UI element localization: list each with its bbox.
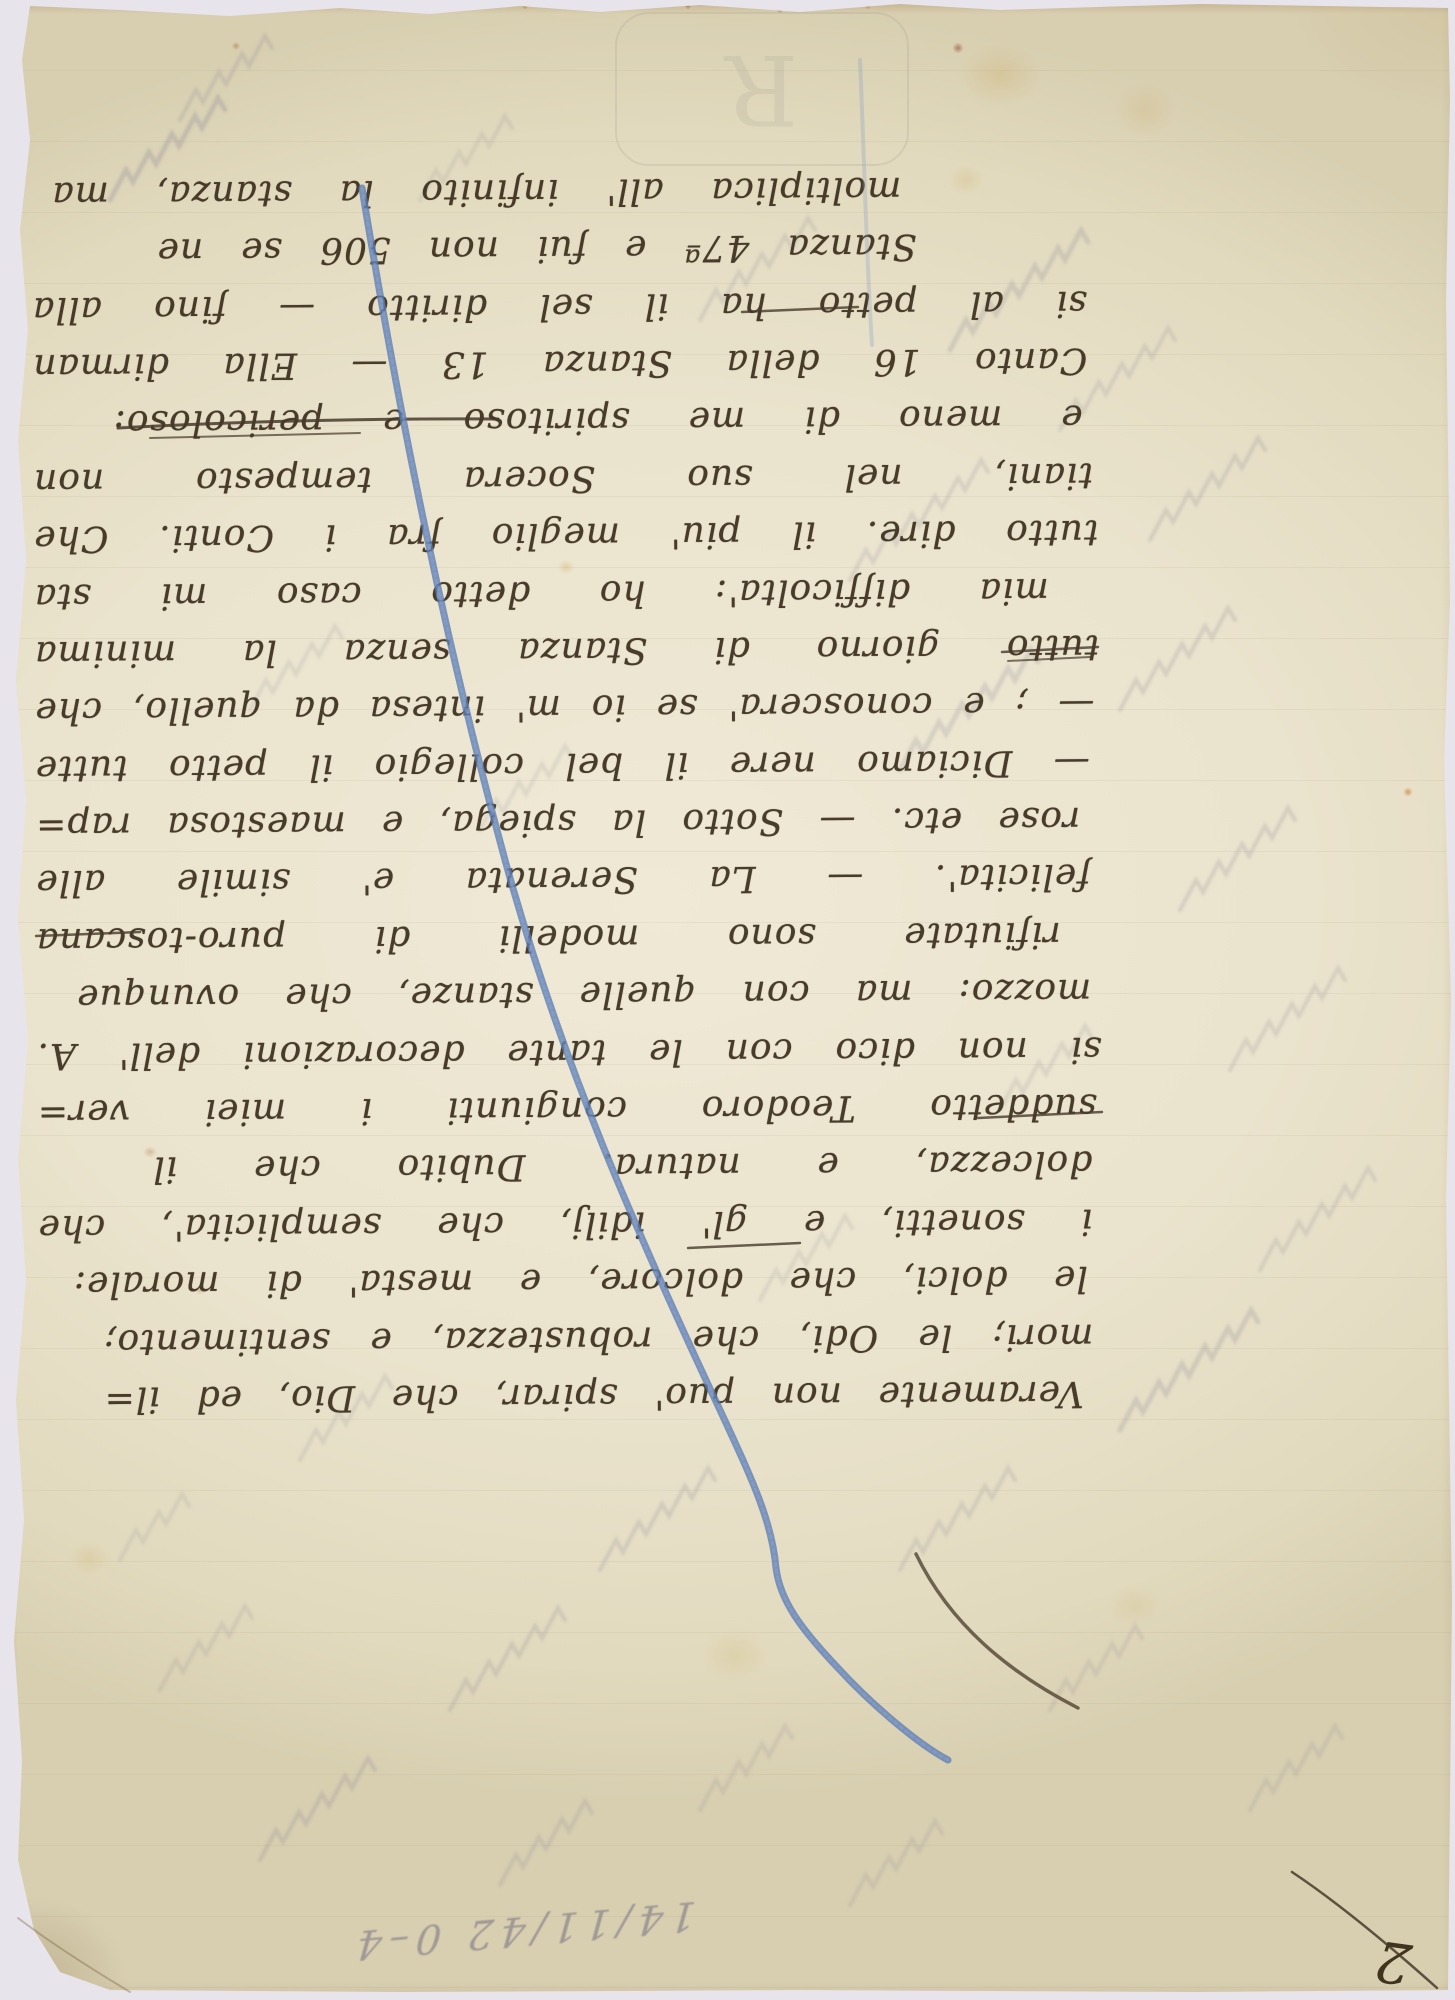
manuscript-line: mori; le Odi, che robustezza, e sentimen…	[103, 1307, 1093, 1370]
manuscript-line: tutto dire. il piu' meglio fra i Conti. …	[33, 503, 1098, 567]
page-number: 2	[1371, 1927, 1415, 1996]
scanned-manuscript-page: { "page": { "number": "2", "watermark_le…	[0, 0, 1455, 2000]
manuscript-line: le dolci, che dolcore, e mesta' di moral…	[73, 1250, 1088, 1314]
manuscript-line: Veramente non puo' spirar, che Dio, ed i…	[104, 1364, 1084, 1427]
manuscript-line: felicita'. — La Serenata e' simile alle	[35, 848, 1090, 912]
manuscript-line: mia difficolta': ho detto caso mi sta	[34, 561, 1049, 625]
manuscript-line: moltiplica all' infinito la stanza, ma	[51, 160, 901, 223]
manuscript-line: tutto giorno di Stanza senza la minima	[34, 618, 1099, 682]
manuscript-line: dolcezza, e natura. Dubito che il	[152, 1135, 1092, 1198]
watermark-letter: R	[726, 33, 798, 145]
manuscript-line: si al petto ha il sel diritto — fino all…	[32, 274, 1087, 338]
handwriting-layer: Veramente non puo' spirar, che Dio, ed i…	[0, 0, 1455, 2000]
manuscript-line: tiani, nel suo Socera tempesto non	[33, 446, 1093, 510]
manuscript-line: i sonetti, e gl' idilj, che semplicita',…	[37, 1192, 1092, 1256]
watermark-stamp: R	[615, 12, 909, 166]
manuscript-line: rose etc. — Sotto la spiega, e maestosa …	[35, 791, 1080, 855]
manuscript-line: Stanza 47ª e fui non 506 se ne	[157, 218, 917, 280]
manuscript-line: si non dico con le tante decorazioni del…	[36, 1020, 1101, 1084]
pencil-annotation: 14/11/42 0–4	[96, 1892, 698, 1991]
manuscript-line: e meno di me spiritoso e pericoloso:	[113, 389, 1083, 452]
manuscript-line: — Diciamo nere il bel collegio il petto …	[35, 733, 1090, 797]
manuscript-line: — ; e conoscera' se io m' intesa da quel…	[34, 676, 1094, 740]
manuscript-line: suddetto Teodoro congiunti i miei ver=	[37, 1077, 1097, 1141]
manuscript-line: mozzo: ma con quelle stanze, che ovunque	[76, 963, 1091, 1027]
letter-text-block: Veramente non puo' spirar, che Dio, ed i…	[26, 159, 1104, 1428]
manuscript-line: Canto 16 della Stanza 13 — Ella dirman	[32, 331, 1087, 395]
manuscript-line: rifiutate sono modelli di puro-toscana	[36, 905, 1061, 969]
